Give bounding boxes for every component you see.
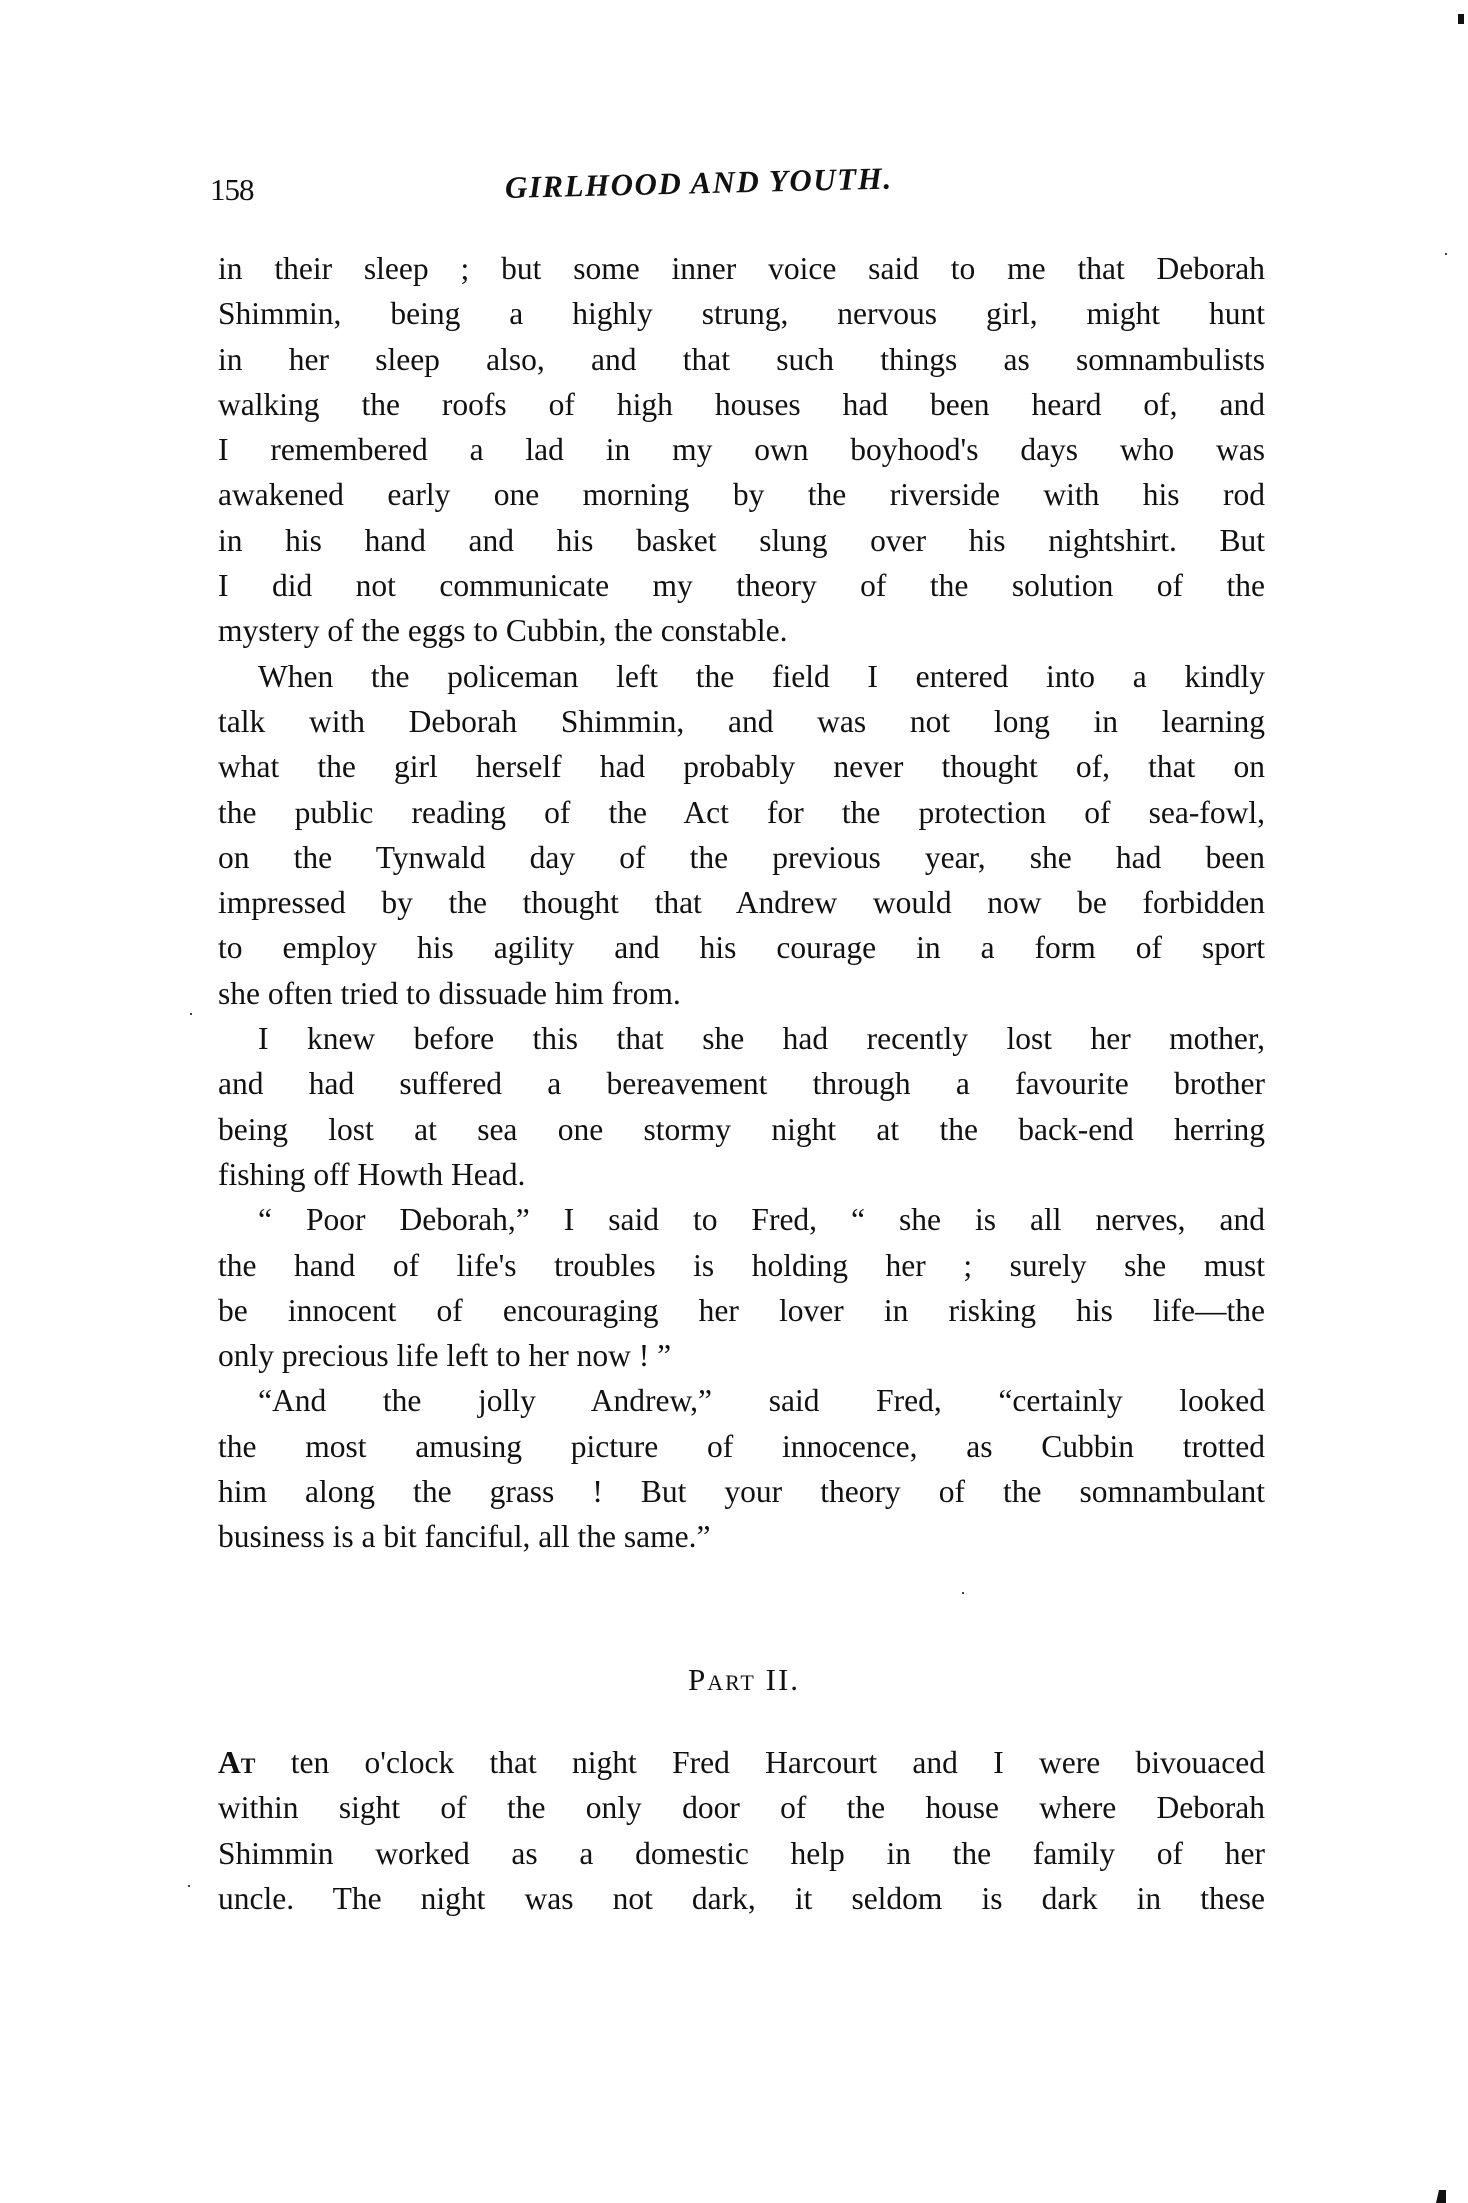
text-line: When the policeman left the field I ente… xyxy=(218,654,1265,699)
scan-speck xyxy=(188,1885,190,1887)
section-opening-paragraph: At ten o'clock that night Fred Harcourt … xyxy=(218,1740,1265,1921)
section-heading: Part II. xyxy=(0,1662,1468,1698)
text-line: uncle. The night was not dark, it seldom… xyxy=(218,1876,1265,1921)
text-line: At ten o'clock that night Fred Harcourt … xyxy=(218,1740,1265,1785)
text-line: mystery of the eggs to Cubbin, the const… xyxy=(218,608,1265,653)
scan-edge-mark xyxy=(1436,2190,1446,2203)
text-line: awakened early one morning by the rivers… xyxy=(218,472,1265,517)
text-line: what the girl herself had probably never… xyxy=(218,744,1265,789)
text-line: and had suffered a bereavement through a… xyxy=(218,1061,1265,1106)
text-line: the hand of life's troubles is holding h… xyxy=(218,1243,1265,1288)
text-line: Shimmin, being a highly strung, nervous … xyxy=(218,291,1265,336)
running-title: GIRLHOOD AND YOUTH. xyxy=(505,161,893,206)
text-line-rest: ten o'clock that night Fred Harcourt and… xyxy=(255,1745,1265,1780)
text-line: the public reading of the Act for the pr… xyxy=(218,790,1265,835)
text-line: she often tried to dissuade him from. xyxy=(218,971,1265,1016)
paragraph-continuation: in their sleep ; but some inner voice sa… xyxy=(218,246,1265,1560)
text-line: business is a bit fanciful, all the same… xyxy=(218,1514,1265,1559)
text-line: to employ his agility and his courage in… xyxy=(218,925,1265,970)
text-line: in his hand and his basket slung over hi… xyxy=(218,518,1265,563)
text-line: within sight of the only door of the hou… xyxy=(218,1785,1265,1830)
text-line: “And the jolly Andrew,” said Fred, “cert… xyxy=(218,1378,1265,1423)
text-line: Shimmin worked as a domestic help in the… xyxy=(218,1831,1265,1876)
page-number: 158 xyxy=(210,172,254,208)
text-line: only precious life left to her now ! ” xyxy=(218,1333,1265,1378)
scan-speck xyxy=(190,1013,192,1015)
text-line: on the Tynwald day of the previous year,… xyxy=(218,835,1265,880)
scan-edge-mark xyxy=(1458,14,1464,24)
text-line: him along the grass ! But your theory of… xyxy=(218,1469,1265,1514)
text-line: in her sleep also, and that such things … xyxy=(218,337,1265,382)
opening-word: At xyxy=(218,1745,255,1780)
text-line: “ Poor Deborah,” I said to Fred, “ she i… xyxy=(218,1197,1265,1242)
text-line: I knew before this that she had recently… xyxy=(218,1016,1265,1061)
text-line: being lost at sea one stormy night at th… xyxy=(218,1107,1265,1152)
text-line: I did not communicate my theory of the s… xyxy=(218,563,1265,608)
text-line: talk with Deborah Shimmin, and was not l… xyxy=(218,699,1265,744)
scan-speck xyxy=(962,1592,964,1594)
scan-speck xyxy=(1445,253,1447,255)
text-line: be innocent of encouraging her lover in … xyxy=(218,1288,1265,1333)
text-line: the most amusing picture of innocence, a… xyxy=(218,1424,1265,1469)
text-line: walking the roofs of high houses had bee… xyxy=(218,382,1265,427)
running-head: 158 GIRLHOOD AND YOUTH. xyxy=(210,166,1270,216)
text-line: in their sleep ; but some inner voice sa… xyxy=(218,246,1265,291)
text-line: I remembered a lad in my own boyhood's d… xyxy=(218,427,1265,472)
text-line: fishing off Howth Head. xyxy=(218,1152,1265,1197)
text-line: impressed by the thought that Andrew wou… xyxy=(218,880,1265,925)
